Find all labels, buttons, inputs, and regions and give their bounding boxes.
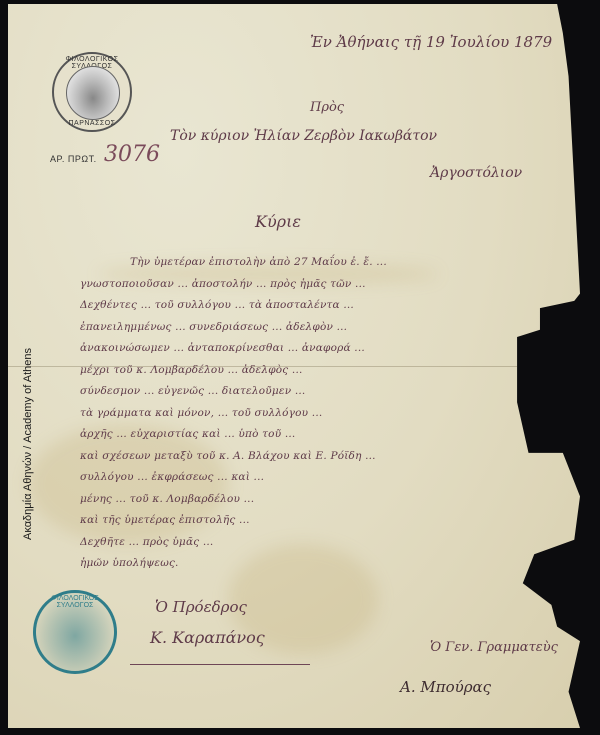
body-line: Δεχθέντες ... τοῦ συλλόγου ... τὰ ἀποστα… (80, 295, 560, 317)
addressee-location: Ἀργοστόλιον (430, 165, 522, 181)
president-signature: Κ. Καραπάνος (150, 628, 265, 647)
body-line: Τὴν ὑμετέραν ἐπιστολὴν ἀπὸ 27 Μαΐου ἐ. ἔ… (80, 252, 560, 274)
body-line: συλλόγου ... ἐκφράσεως ... καὶ ... (80, 467, 560, 489)
body-line: ἀρχῆς ... εὐχαριστίας καὶ ... ὑπὸ τοῦ ..… (80, 424, 560, 446)
body-line: μέχρι τοῦ κ. Λομβαρδέλου ... ἀδελφὸς ... (80, 360, 560, 382)
seal-bottom-text: ΠΑΡΝΑΣΣΟΣ (54, 120, 130, 127)
association-stamp: ΦΙΛΟΛΟΓΙΚΟΣ ΣΥΛΛΟΓΟΣ (33, 590, 117, 674)
signature-flourish (130, 664, 310, 665)
date-line: Ἐν Ἀθήναις τῇ 19 Ἰουλίου 1879 (310, 33, 552, 51)
body-line: σύνδεσμον ... εὐγενῶς ... διατελοῦμεν ..… (80, 381, 560, 403)
stamp-text: ΦΙΛΟΛΟΓΙΚΟΣ ΣΥΛΛΟΓΟΣ (36, 595, 114, 609)
parnassos-mountain-icon (66, 66, 120, 120)
body-line: καὶ τῆς ὑμετέρας ἐπιστολῆς ... (80, 510, 560, 532)
closing: Ὁ Πρόεδρος (155, 598, 247, 616)
letter-body: Τὴν ὑμετέραν ἐπιστολὴν ἀπὸ 27 Μαΐου ἐ. ἔ… (80, 252, 560, 575)
protocol-number: 3076 (104, 142, 160, 167)
body-line: γνωστοποιοῦσαν ... ἀποστολήν ... πρὸς ἡμ… (80, 274, 560, 296)
body-line: τὰ γράμματα καὶ μόνον, ... τοῦ συλλόγου … (80, 403, 560, 425)
body-line: ἀνακοινώσωμεν ... ἀνταποκρίνεσθαι ... ἀν… (80, 338, 560, 360)
archive-credit: Ακαδημία Αθηνών / Academy of Athens (22, 348, 34, 540)
body-line: καὶ σχέσεων μεταξὺ τοῦ κ. Α. Βλάχου καὶ … (80, 446, 560, 468)
pros-heading: Πρὸς (310, 100, 344, 115)
body-line: ἡμῶν ὑπολήψεως. (80, 553, 560, 575)
addressee: Τὸν κύριον Ἠλίαν Ζερβὸν Ιακωβάτον (170, 128, 437, 144)
secretary-title: Ὁ Γεν. Γραμματεὺς (430, 640, 558, 655)
protocol-label: ΑΡ. ΠΡΩΤ. (50, 154, 97, 164)
body-line: μένης ... τοῦ κ. Λομβαρδέλου ... (80, 489, 560, 511)
body-line: Δεχθῆτε ... πρὸς ὑμᾶς ... (80, 532, 560, 554)
letterhead-seal: ΦΙΛΟΛΟΓΙΚΟΣ ΣΥΛΛΟΓΟΣ ΠΑΡΝΑΣΣΟΣ (52, 52, 132, 132)
salutation: Κύριε (255, 212, 301, 231)
secretary-signature: Α. Μπούρας (400, 678, 491, 696)
body-line: ἐπανειλημμένως ... συνεδριάσεως ... ἀδελ… (80, 317, 560, 339)
